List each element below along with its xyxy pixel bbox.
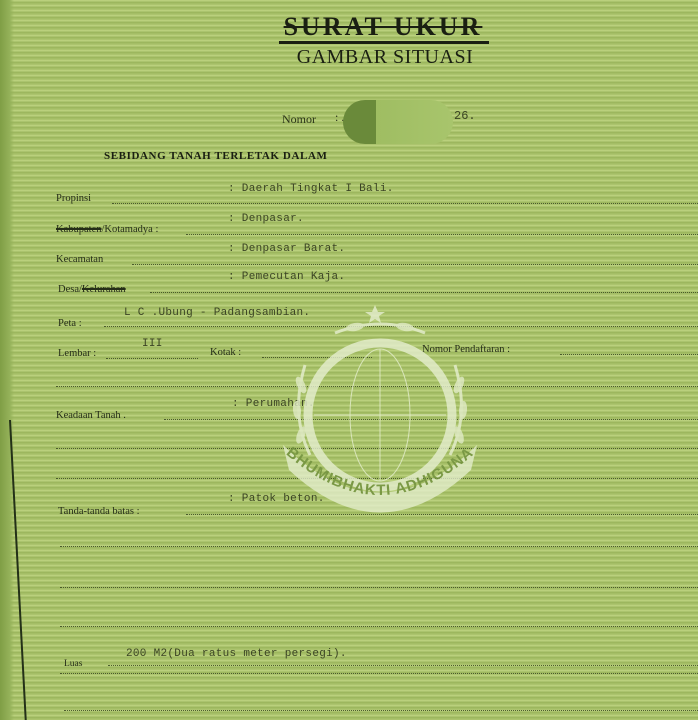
blank-dotted-line-6 — [60, 626, 698, 627]
blank-dotted-line-8 — [64, 710, 698, 711]
page-fold-shadow — [0, 0, 14, 720]
kabupaten-dotted-line — [186, 234, 698, 235]
nomor-pendaftaran-dotted-line — [560, 354, 698, 355]
lembar-label-text: Lembar — [58, 348, 91, 359]
luas-label: Luas — [64, 659, 82, 669]
nomor-label: Nomor — [282, 112, 316, 127]
land-certificate-page: SURAT UKUR GAMBAR SITUASI Nomor : . 26. … — [0, 0, 698, 720]
propinsi-dotted-line — [112, 203, 698, 204]
lembar-dotted-line — [106, 358, 198, 359]
kotak-label: Kotak : — [210, 347, 241, 358]
propinsi-label: Propinsi — [56, 193, 91, 204]
kotak-label-text: Kotak — [210, 347, 236, 358]
emblem-icon: BHUMIBHAKTI ADHIGUNA — [275, 305, 485, 520]
tanda-batas-label: Tanda-tanda batas : — [58, 506, 139, 517]
blank-dotted-line-7 — [60, 673, 698, 674]
document-subtitle: GAMBAR SITUASI — [280, 46, 490, 69]
desa-value: : Pemecutan Kaja. — [228, 271, 345, 283]
peta-label-text: Peta — [58, 318, 76, 329]
kelurahan-struck-label: Kelurahan — [82, 284, 126, 295]
nomor-suffix: 26. — [454, 109, 476, 123]
desa-dotted-line — [150, 292, 698, 293]
kabupaten-label: Kabupaten/Kotamadya : — [56, 224, 158, 235]
desa-label: Desa/Kelurahan — [58, 284, 126, 295]
section-heading: SEBIDANG TANAH TERLETAK DALAM — [104, 150, 327, 162]
luas-value: 200 M2(Dua ratus meter persegi). — [126, 648, 347, 660]
blank-dotted-line-4 — [60, 546, 698, 547]
lembar-label: Lembar : — [58, 348, 96, 359]
blank-dotted-line-5 — [60, 587, 698, 588]
kotamadya-label: /Kotamadya — [101, 224, 152, 235]
redacted-number-block — [343, 100, 453, 144]
kabupaten-value: : Denpasar. — [228, 213, 304, 225]
tanda-batas-label-text: Tanda-tanda batas — [58, 506, 134, 517]
title-underline — [279, 41, 489, 44]
kabupaten-struck-label: Kabupaten — [56, 224, 101, 235]
kecamatan-dotted-line — [132, 264, 698, 265]
document-title: SURAT UKUR — [278, 12, 488, 42]
luas-dotted-line — [108, 665, 698, 666]
keadaan-tanah-label: Keadaan Tanah . — [56, 410, 126, 421]
kecamatan-value: : Denpasar Barat. — [228, 243, 345, 255]
keadaan-tanah-label-text: Keadaan Tanah — [56, 410, 121, 421]
bpn-emblem-watermark: BHUMIBHAKTI ADHIGUNA — [275, 305, 485, 520]
desa-text: Desa/ — [58, 284, 82, 295]
peta-label: Peta : — [58, 318, 82, 329]
kecamatan-label: Kecamatan — [56, 254, 103, 265]
propinsi-value: : Daerah Tingkat I Bali. — [228, 183, 394, 195]
lembar-value: III — [142, 338, 163, 350]
